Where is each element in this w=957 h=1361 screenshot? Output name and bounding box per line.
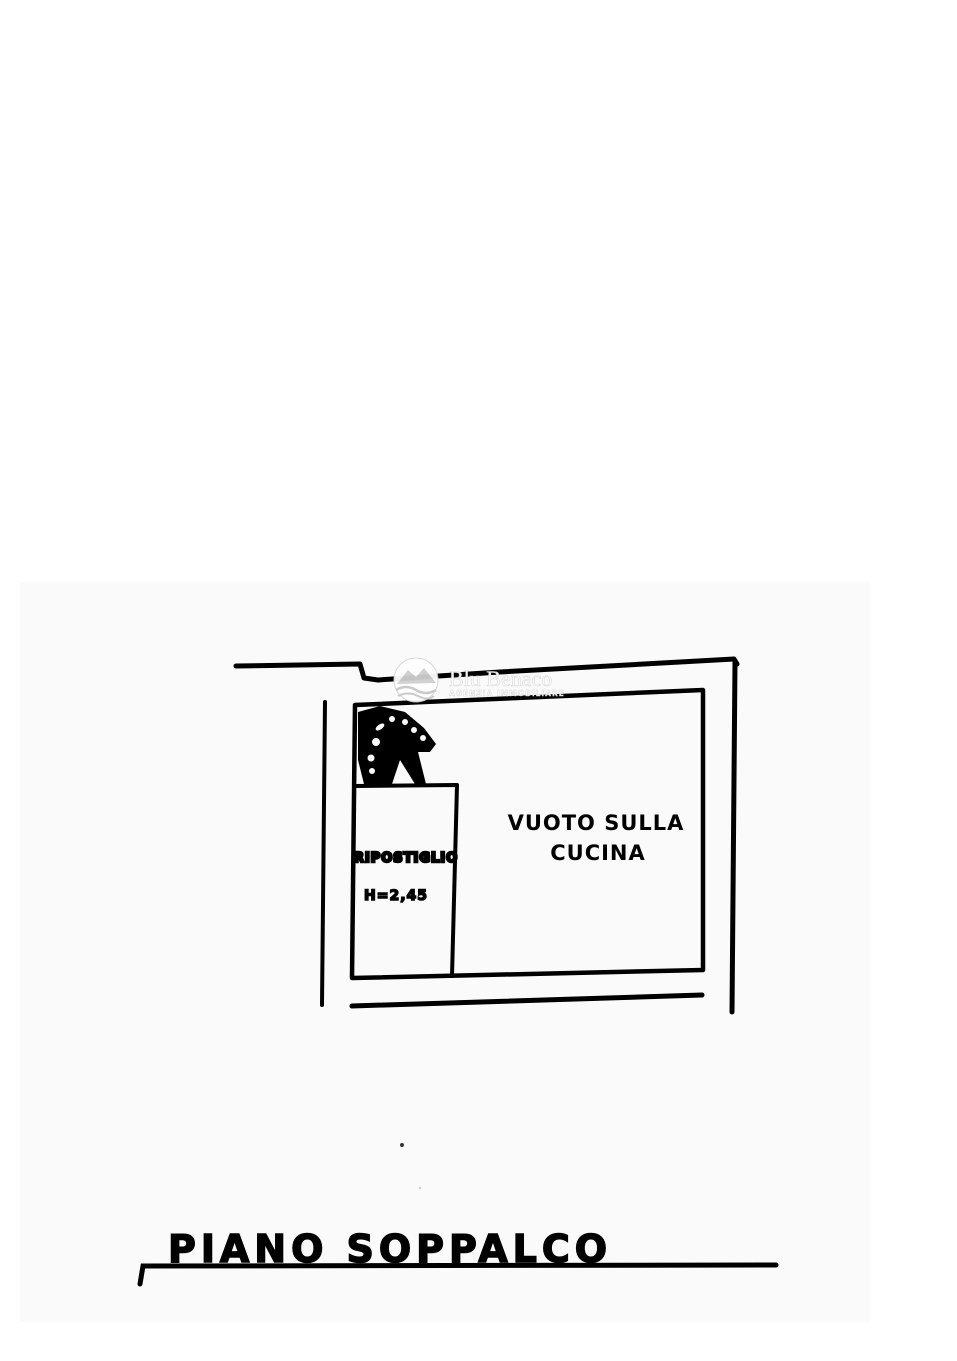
- watermark-tagline: AGENZIA IMMOBILIARE: [449, 689, 565, 698]
- bottom-wall: [352, 995, 702, 1006]
- drawing-title: PIANO SOPPALCO: [168, 1227, 608, 1271]
- watermark-brand: Blu Benaco: [449, 666, 552, 691]
- room-label-void-line1: VUOTO SULLA: [508, 811, 685, 835]
- room-label-storage-line2: H=2,45: [364, 888, 428, 904]
- room-label-storage-line1: RIPOSTIGLIO: [354, 851, 458, 866]
- spiral-staircase-icon: [358, 706, 436, 784]
- stray-dot: [419, 1187, 421, 1189]
- room-label-void-line2: CUCINA: [550, 841, 646, 865]
- stray-dot: [400, 1143, 404, 1147]
- watermark: Blu Benaco AGENZIA IMMOBILIARE: [394, 658, 565, 702]
- right-outer-wall: [732, 662, 735, 1012]
- wave-mountain-logo-icon: [394, 658, 438, 702]
- storage-partition: [356, 785, 457, 976]
- floor-plan: VUOTO SULLA CUCINA RIPOSTIGLIO H=2,45 PI…: [0, 0, 957, 1361]
- left-outer-wall: [322, 702, 325, 1005]
